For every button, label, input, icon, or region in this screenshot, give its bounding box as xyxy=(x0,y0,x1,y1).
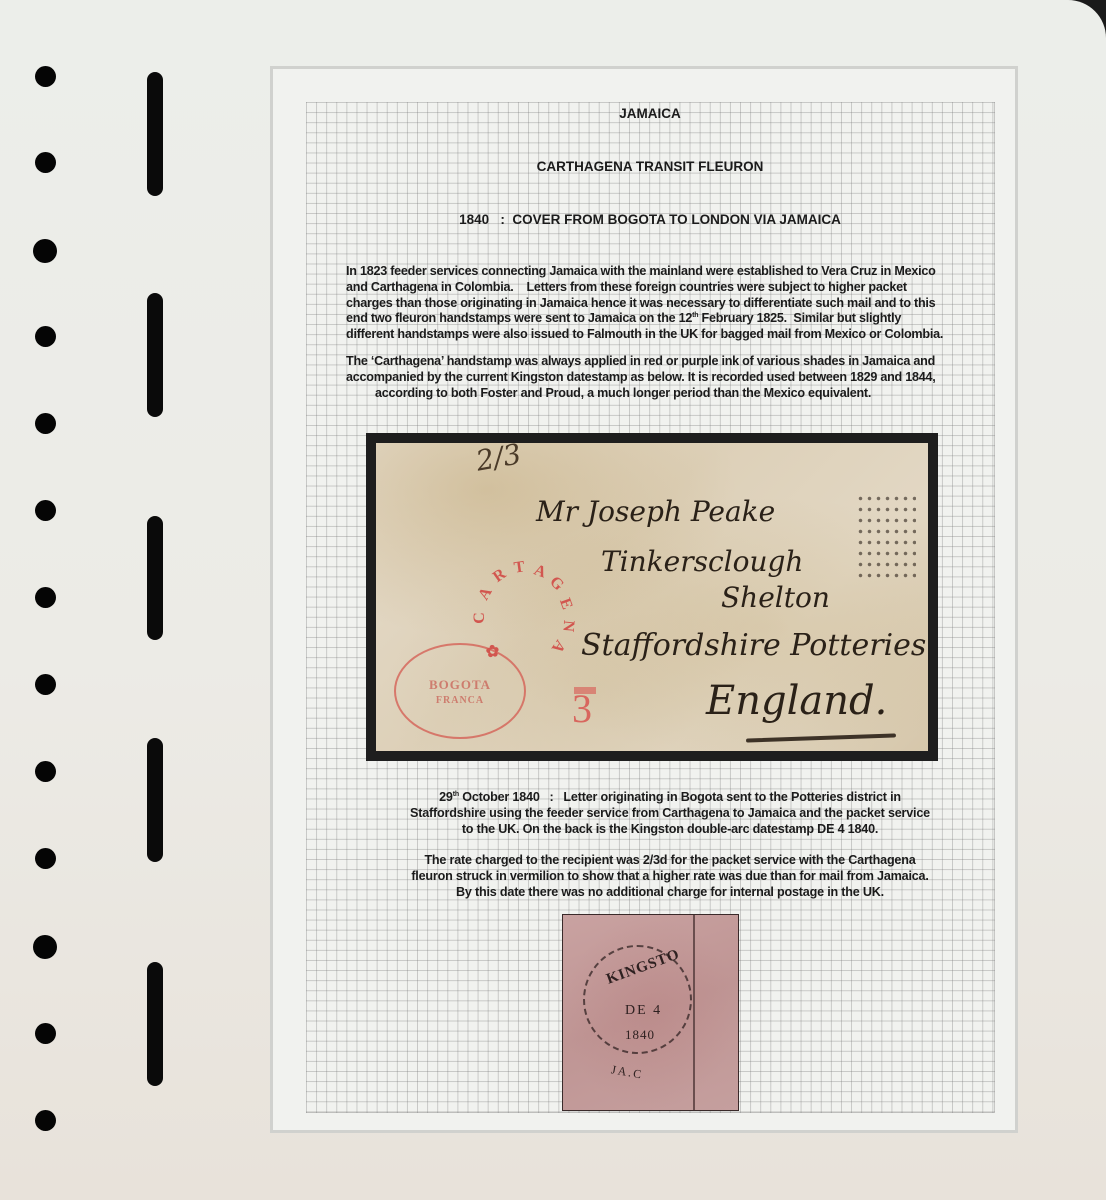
fleuron-letter: N xyxy=(558,619,577,632)
fleuron-letter: A xyxy=(547,636,568,656)
binder-hole xyxy=(33,239,57,263)
text-span: October 1840 : Letter originating in Bog… xyxy=(459,790,901,804)
text-line: The ‘Carthagena’ handstamp was always ap… xyxy=(346,354,986,370)
caption-date: 29 xyxy=(439,790,453,804)
text-line: charges than those originating in Jamaic… xyxy=(346,296,986,312)
fleuron-letter: A xyxy=(531,562,548,583)
page-title: JAMAICA xyxy=(306,106,994,121)
datestamp-year: 1840 xyxy=(625,1027,655,1043)
manuscript-rate: 2/3 xyxy=(473,443,523,478)
bogota-franca-oval-stamp: BOGOTA FRANCA xyxy=(394,643,526,739)
binder-hole xyxy=(35,761,56,782)
intro-paragraph-1: In 1823 feeder services connecting Jamai… xyxy=(346,264,986,343)
datestamp-date: DE 4 xyxy=(625,1003,662,1019)
text-line: fleuron struck in vermilion to show that… xyxy=(380,869,960,885)
text-line: 29th October 1840 : Letter originating i… xyxy=(380,790,960,806)
text-line: accompanied by the current Kingston date… xyxy=(346,370,986,386)
fleuron-letter: G xyxy=(545,573,567,595)
oval-stamp-line-2: FRANCA xyxy=(436,695,484,706)
binder-hole xyxy=(35,848,56,869)
text-line: The rate charged to the recipient was 2/… xyxy=(380,853,960,869)
text-line: and Carthagena in Colombia. Letters from… xyxy=(346,280,986,296)
datestamp-bottom-arc: JA.C xyxy=(610,1062,644,1082)
intro-paragraph-2: The ‘Carthagena’ handstamp was always ap… xyxy=(346,354,986,401)
kingston-backstamp-photo: KINGSTO DE 4 1840 JA.C xyxy=(562,914,739,1111)
postal-cover: 2/3 Mr Joseph Peake Tinkersclough Shelto… xyxy=(376,443,928,751)
fleuron-letter: R xyxy=(490,565,510,586)
text-line: according to both Foster and Proud, a mu… xyxy=(346,386,986,402)
binder-hole xyxy=(35,1023,56,1044)
binder-hole xyxy=(35,587,56,608)
binder-hole xyxy=(35,66,56,87)
fold-line xyxy=(693,915,695,1110)
text-line: different handstamps were also issued to… xyxy=(346,327,986,343)
spacer xyxy=(380,837,960,853)
text-line: to the UK. On the back is the Kingston d… xyxy=(380,822,960,838)
text-span: February 1825. Similar but slightly xyxy=(698,311,901,325)
binder-hole xyxy=(35,500,56,521)
text-line: Staffordshire using the feeder service f… xyxy=(380,806,960,822)
page-subtitle: CARTHAGENA TRANSIT FLEURON xyxy=(306,159,994,174)
binder-slot xyxy=(147,962,163,1086)
text-line: In 1823 feeder services connecting Jamai… xyxy=(346,264,986,280)
cover-caption: 29th October 1840 : Letter originating i… xyxy=(380,790,960,901)
binder-hole xyxy=(33,935,57,959)
binder-slot xyxy=(147,516,163,640)
binder-slot xyxy=(147,293,163,417)
address-line-4: Staffordshire Potteries xyxy=(581,628,926,663)
address-underline xyxy=(746,733,896,742)
binder-slot xyxy=(147,72,163,196)
oval-stamp-line-1: BOGOTA xyxy=(429,677,491,693)
binder-hole xyxy=(35,413,56,434)
fleuron-letter: E xyxy=(555,596,576,612)
rate-numeral-stamp: 3 xyxy=(572,685,592,732)
binder-hole xyxy=(35,1110,56,1131)
text-line: end two fleuron handstamps were sent to … xyxy=(346,311,986,327)
binder-slot xyxy=(147,738,163,862)
text-line: By this date there was no additional cha… xyxy=(380,885,960,901)
fleuron-letter: A xyxy=(475,584,496,603)
binder-hole xyxy=(35,152,56,173)
carthagena-fleuron-stamp: C A R T A G E N A ✿ xyxy=(476,563,568,655)
address-line-1: Mr Joseph Peake xyxy=(536,495,775,528)
cover-photo-mount: 2/3 Mr Joseph Peake Tinkersclough Shelto… xyxy=(366,433,938,761)
fleuron-letter: C xyxy=(471,612,489,624)
binder-hole xyxy=(35,326,56,347)
album-leaf: JAMAICA CARTHAGENA TRANSIT FLEURON 1840 … xyxy=(0,0,1106,1200)
binder-hole xyxy=(35,674,56,695)
item-heading: 1840 : COVER FROM BOGOTA TO LONDON VIA J… xyxy=(306,212,994,227)
address-line-3: Shelton xyxy=(721,581,830,614)
text-span: end two fleuron handstamps were sent to … xyxy=(346,311,692,325)
address-line-2: Tinkersclough xyxy=(601,545,803,578)
transit-mark xyxy=(856,493,916,583)
address-line-5: England. xyxy=(706,678,887,724)
fleuron-letter: T xyxy=(513,558,526,577)
